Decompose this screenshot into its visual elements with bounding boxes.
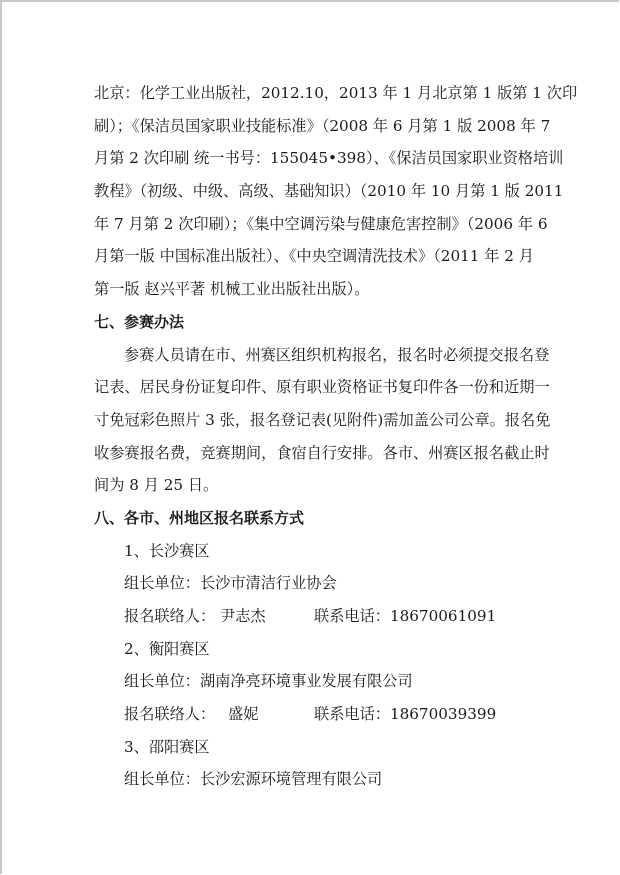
text-line: 月第 2 次印刷 统一书号：155045•398）、《保洁员国家职业资格培训 — [94, 142, 534, 175]
region-title: 2、衡阳赛区 — [94, 633, 534, 666]
text-line: 北京：化学工业出版社，2012.10，2013 年 1 月北京第 1 版第 1 … — [94, 77, 534, 110]
text-line: 第一版 赵兴平著 机械工业出版社出版）。 — [94, 273, 534, 306]
region-org: 组长单位：湖南净亮环境事业发展有限公司 — [94, 665, 534, 698]
text-line: 月第一版 中国标准出版社）、《中央空调清洗技术》（2011 年 2 月 — [94, 240, 534, 273]
contact-label: 报名联络人： — [124, 600, 220, 633]
region-shaoyang: 3、邵阳赛区 组长单位：长沙宏源环境管理有限公司 — [94, 731, 534, 796]
region-title: 1、长沙赛区 — [94, 535, 534, 568]
region-contact: 报名联络人： 盛妮 联系电话： 18670039399 — [94, 698, 534, 731]
phone-number: 18670061091 — [390, 600, 496, 633]
org-label: 组长单位： — [124, 672, 200, 690]
region-hengyang: 2、衡阳赛区 组长单位：湖南净亮环境事业发展有限公司 报名联络人： 盛妮 联系电… — [94, 633, 534, 731]
text-line: 年 7 月第 2 次印刷）；《集中空调污染与健康危害控制》（2006 年 6 — [94, 208, 534, 241]
page-content: 北京：化学工业出版社，2012.10，2013 年 1 月北京第 1 版第 1 … — [94, 77, 534, 796]
section-7-heading: 七、参赛办法 — [94, 306, 534, 339]
document-page: 北京：化学工业出版社，2012.10，2013 年 1 月北京第 1 版第 1 … — [0, 0, 619, 874]
text-line: 间为 8 月 25 日。 — [94, 469, 534, 502]
text-line: 刷）；《保洁员国家职业技能标准》（2008 年 6 月第 1 版 2008 年 … — [94, 110, 534, 143]
contact-name: 盛妮 — [220, 698, 314, 731]
references-paragraph: 北京：化学工业出版社，2012.10，2013 年 1 月北京第 1 版第 1 … — [94, 77, 534, 306]
region-org: 组长单位：长沙市清洁行业协会 — [94, 567, 534, 600]
text-line: 寸免冠彩色照片 3 张，报名登记表(见附件)需加盖公司公章。报名免 — [94, 404, 534, 437]
org-name: 湖南净亮环境事业发展有限公司 — [200, 672, 413, 690]
region-changsha: 1、长沙赛区 组长单位：长沙市清洁行业协会 报名联络人： 尹志杰 联系电话： 1… — [94, 535, 534, 633]
phone-label: 联系电话： — [314, 600, 390, 633]
phone-label: 联系电话： — [314, 698, 390, 731]
phone-number: 18670039399 — [390, 698, 496, 731]
region-title: 3、邵阳赛区 — [94, 731, 534, 764]
text-line: 教程》（初级、中级、高级、基础知识）（2010 年 10 月第 1 版 2011 — [94, 175, 534, 208]
section-8-heading: 八、各市、州地区报名联系方式 — [94, 502, 534, 535]
text-line: 记表、居民身份证复印件、原有职业资格证书复印件各一份和近期一 — [94, 371, 534, 404]
section-7-paragraph: 参赛人员请在市、州赛区组织机构报名，报名时必须提交报名登 记表、居民身份证复印件… — [94, 339, 534, 502]
region-org: 组长单位：长沙宏源环境管理有限公司 — [94, 763, 534, 796]
contact-label: 报名联络人： — [124, 698, 220, 731]
text-line: 收参赛报名费，竞赛期间，食宿自行安排。各市、州赛区报名截止时 — [94, 437, 534, 470]
region-contact: 报名联络人： 尹志杰 联系电话： 18670061091 — [94, 600, 534, 633]
contact-name: 尹志杰 — [220, 600, 314, 633]
text-line: 参赛人员请在市、州赛区组织机构报名，报名时必须提交报名登 — [94, 339, 534, 372]
org-label: 组长单位： — [124, 770, 200, 788]
org-name: 长沙宏源环境管理有限公司 — [200, 770, 382, 788]
org-label: 组长单位： — [124, 574, 200, 592]
org-name: 长沙市清洁行业协会 — [200, 574, 337, 592]
